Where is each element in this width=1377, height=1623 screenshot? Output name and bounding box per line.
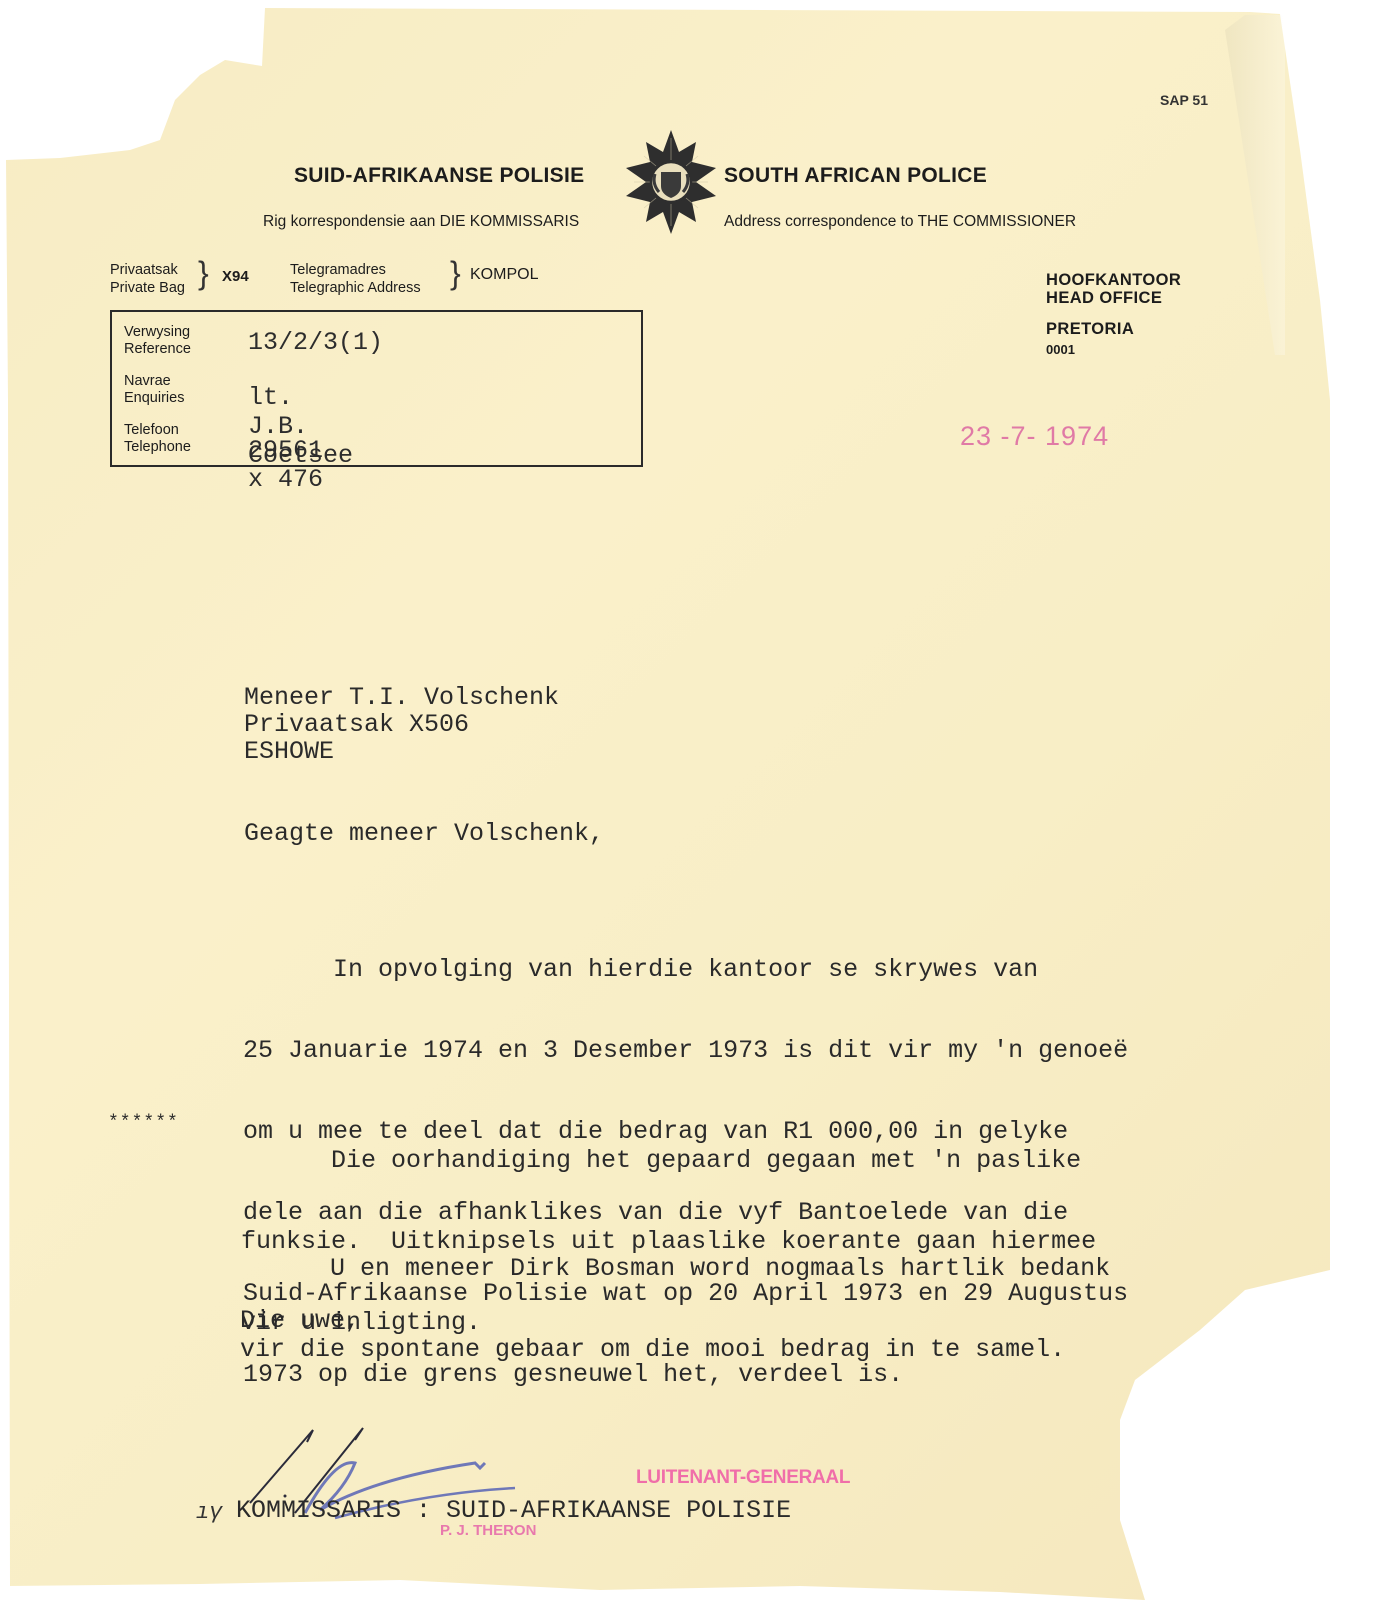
telegraphic-label-af: Telegramadres <box>290 261 421 279</box>
salutation: Geagte meneer Volschenk, <box>244 820 604 847</box>
private-bag-label-en: Private Bag <box>110 279 185 297</box>
org-name-english: SOUTH AFRICAN POLICE <box>724 164 987 188</box>
margin-mark: ****** <box>108 1113 179 1133</box>
private-bag-label-af: Privaatsak <box>110 261 185 279</box>
telephone-value: 29561 x 476 <box>248 436 323 494</box>
org-name-afrikaans: SUID-AFRIKAANSE POLISIE <box>294 164 584 188</box>
brace-icon: } <box>198 257 209 289</box>
telephone-label-en: Telephone <box>124 439 191 456</box>
addressee-town: ESHOWE <box>244 738 559 765</box>
body-line: U en meneer Dirk Bosman word nogmaals ha… <box>240 1255 1110 1282</box>
name-stamp: P. J. THERON <box>440 1522 536 1539</box>
head-office-en: HEAD OFFICE <box>1046 289 1181 307</box>
addressee-block: Meneer T.I. Volschenk Privaatsak X506 ES… <box>244 684 559 765</box>
address-instruction-afrikaans: Rig korrespondensie aan DIE KOMMISSARIS <box>263 213 579 231</box>
head-office-af: HOOFKANTOOR <box>1046 271 1181 289</box>
telephone-label-af: Telefoon <box>124 422 191 439</box>
telegraphic-value: KOMPOL <box>470 266 538 284</box>
enquiries-label-af: Navrae <box>124 373 184 390</box>
reference-value: 13/2/3(1) <box>248 328 383 357</box>
date-stamp: 23 -7- 1974 <box>960 421 1109 452</box>
form-code: SAP 51 <box>1160 92 1208 108</box>
telegraphic-labels: Telegramadres Telegraphic Address <box>290 261 421 297</box>
reference-box: Verwysing Reference 13/2/3(1) Navrae Enq… <box>110 310 643 467</box>
body-line: Die oorhandiging het gepaard gegaan met … <box>241 1147 1096 1174</box>
reference-label-en: Reference <box>124 341 191 358</box>
body-line: 25 Januarie 1974 en 3 Desember 1973 is d… <box>243 1037 1128 1064</box>
reference-label-af: Verwysing <box>124 324 191 341</box>
telegraphic-label-en: Telegraphic Address <box>290 279 421 297</box>
head-office: HOOFKANTOOR HEAD OFFICE <box>1046 271 1181 307</box>
private-bag-labels: Privaatsak Private Bag <box>110 261 185 297</box>
office-city: PRETORIA <box>1046 320 1134 339</box>
signatory-title: KOMMISSARIS : SUID-AFRIKAANSE POLISIE <box>236 1497 791 1524</box>
addressee-name: Meneer T.I. Volschenk <box>244 684 559 711</box>
office-postcode: 0001 <box>1046 342 1075 357</box>
police-star-crest-icon <box>624 130 718 234</box>
brace-icon: } <box>450 257 461 289</box>
closing: Die uwe, <box>240 1307 360 1334</box>
reference-row: Verwysing Reference 13/2/3(1) <box>124 324 191 358</box>
address-instruction-english: Address correspondence to THE COMMISSION… <box>724 213 1076 231</box>
enquiries-label-en: Enquiries <box>124 390 184 407</box>
per-procurationem-mark: ıγ <box>196 1500 222 1525</box>
addressee-box: Privaatsak X506 <box>244 711 559 738</box>
body-paragraph-3: U en meneer Dirk Bosman word nogmaals ha… <box>240 1201 1110 1390</box>
rank-stamp: LUITENANT-GENERAAL <box>636 1467 850 1489</box>
private-bag-value: X94 <box>222 268 249 285</box>
body-line: vir die spontane gebaar om die mooi bedr… <box>240 1336 1110 1363</box>
enquiries-row: Navrae Enquiries lt. J.B. Coetsee <box>124 373 184 407</box>
body-line: In opvolging van hierdie kantoor se skry… <box>243 956 1128 983</box>
telephone-row: Telefoon Telephone 29561 x 476 <box>124 422 191 456</box>
